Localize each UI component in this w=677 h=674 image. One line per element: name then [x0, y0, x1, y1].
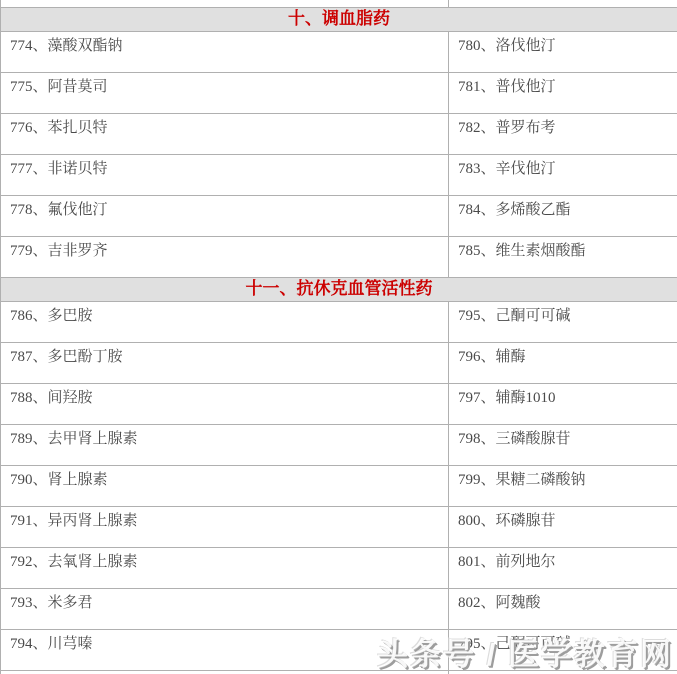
drug-cell: 777、非诺贝特 [1, 154, 449, 195]
drug-cell: 780、洛伐他汀 [449, 31, 677, 72]
drug-cell: 801、前列地尔 [449, 547, 677, 588]
table-row: 779、吉非罗齐 785、维生素烟酸酯 [1, 236, 677, 277]
table-row: 794、川芎嗪 795、己酮可可碱 [1, 629, 677, 670]
drug-cell: 794、川芎嗪 [1, 629, 449, 670]
drug-cell: 796、辅酶 [449, 342, 677, 383]
cutoff-row-bottom [1, 670, 677, 674]
table-row: 793、米多君 802、阿魏酸 [1, 588, 677, 629]
drug-cell: 782、普罗布考 [449, 113, 677, 154]
drug-cell: 789、去甲肾上腺素 [1, 424, 449, 465]
drug-cell: 802、阿魏酸 [449, 588, 677, 629]
cutoff-row-top [1, 0, 677, 7]
drug-cell: 778、氟伐他汀 [1, 195, 449, 236]
drug-cell: 800、环磷腺苷 [449, 506, 677, 547]
drug-cell: 793、米多君 [1, 588, 449, 629]
drug-cell: 798、三磷酸腺苷 [449, 424, 677, 465]
section-title: 十、调血脂药 [1, 7, 677, 31]
empty-cell [449, 670, 677, 674]
drug-cell: 799、果糖二磷酸钠 [449, 465, 677, 506]
drug-cell: 792、去氧肾上腺素 [1, 547, 449, 588]
drug-cell: 787、多巴酚丁胺 [1, 342, 449, 383]
table-row: 788、间羟胺 797、辅酶1010 [1, 383, 677, 424]
drug-cell: 795、己酮可可碱 [449, 629, 677, 670]
empty-cell [449, 0, 677, 7]
drug-cell: 774、藻酸双酯钠 [1, 31, 449, 72]
table-row: 790、肾上腺素 799、果糖二磷酸钠 [1, 465, 677, 506]
drug-cell: 776、苯扎贝特 [1, 113, 449, 154]
drug-cell: 791、异丙肾上腺素 [1, 506, 449, 547]
drug-cell: 784、多烯酸乙酯 [449, 195, 677, 236]
empty-cell [1, 0, 449, 7]
empty-cell [1, 670, 449, 674]
table-row: 789、去甲肾上腺素 798、三磷酸腺苷 [1, 424, 677, 465]
drug-cell: 786、多巴胺 [1, 301, 449, 342]
drug-cell: 790、肾上腺素 [1, 465, 449, 506]
drug-cell: 775、阿昔莫司 [1, 72, 449, 113]
table-row: 777、非诺贝特 783、辛伐他汀 [1, 154, 677, 195]
drug-table: 十、调血脂药 774、藻酸双酯钠 780、洛伐他汀 775、阿昔莫司 781、普… [0, 0, 677, 674]
table-row: 774、藻酸双酯钠 780、洛伐他汀 [1, 31, 677, 72]
table-row: 791、异丙肾上腺素 800、环磷腺苷 [1, 506, 677, 547]
section-title: 十一、抗休克血管活性药 [1, 277, 677, 301]
table-row: 786、多巴胺 795、己酮可可碱 [1, 301, 677, 342]
drug-cell: 779、吉非罗齐 [1, 236, 449, 277]
table-row: 775、阿昔莫司 781、普伐他汀 [1, 72, 677, 113]
table-row: 787、多巴酚丁胺 796、辅酶 [1, 342, 677, 383]
drug-list-page: 十、调血脂药 774、藻酸双酯钠 780、洛伐他汀 775、阿昔莫司 781、普… [0, 0, 677, 674]
table-row: 776、苯扎贝特 782、普罗布考 [1, 113, 677, 154]
drug-cell: 797、辅酶1010 [449, 383, 677, 424]
drug-cell: 783、辛伐他汀 [449, 154, 677, 195]
drug-cell: 795、己酮可可碱 [449, 301, 677, 342]
drug-cell: 785、维生素烟酸酯 [449, 236, 677, 277]
table-row: 778、氟伐他汀 784、多烯酸乙酯 [1, 195, 677, 236]
table-row: 792、去氧肾上腺素 801、前列地尔 [1, 547, 677, 588]
section-header-antishock-drugs: 十一、抗休克血管活性药 [1, 277, 677, 301]
section-header-lipid-drugs: 十、调血脂药 [1, 7, 677, 31]
drug-cell: 788、间羟胺 [1, 383, 449, 424]
drug-cell: 781、普伐他汀 [449, 72, 677, 113]
